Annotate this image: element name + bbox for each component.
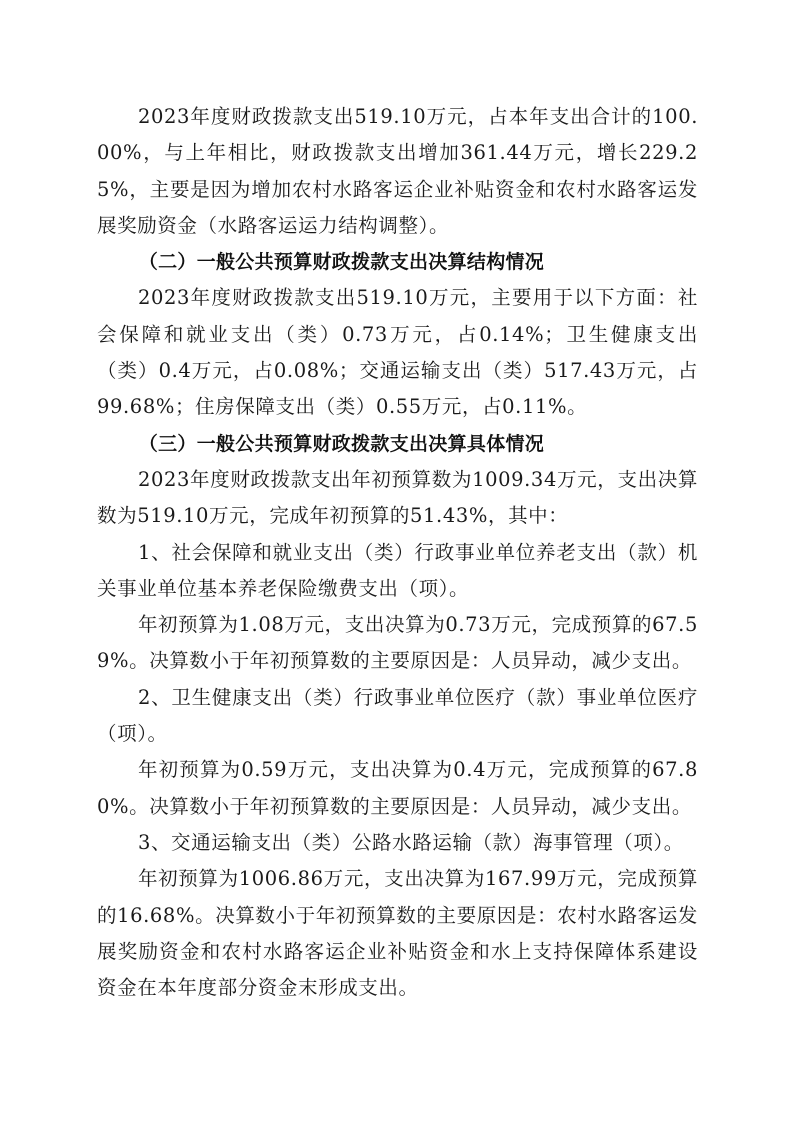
section-heading-details: （三）一般公共预算财政拨款支出决算具体情况: [97, 426, 698, 462]
paragraph-item-1-detail: 年初预算为1.08万元，支出决算为0.73万元，完成预算的67.59%。决算数小…: [97, 607, 698, 680]
paragraph-budget-summary: 2023年度财政拨款支出年初预算数为1009.34万元，支出决算数为519.10…: [97, 462, 698, 535]
paragraph-expenditure-overview: 2023年度财政拨款支出519.10万元，占本年支出合计的100.00%，与上年…: [97, 99, 698, 244]
paragraph-item-3-detail: 年初预算为1006.86万元，支出决算为167.99万元，完成预算的16.68%…: [97, 861, 698, 1006]
section-heading-structure: （二）一般公共预算财政拨款支出决算结构情况: [97, 244, 698, 280]
document-page: 2023年度财政拨款支出519.10万元，占本年支出合计的100.00%，与上年…: [97, 99, 698, 1006]
paragraph-item-3-title: 3、交通运输支出（类）公路水路运输（款）海事管理（项）。: [97, 825, 698, 861]
paragraph-item-1-title: 1、社会保障和就业支出（类）行政事业单位养老支出（款）机关事业单位基本养老保险缴…: [97, 535, 698, 608]
paragraph-item-2-title: 2、卫生健康支出（类）行政事业单位医疗（款）事业单位医疗（项）。: [97, 680, 698, 753]
paragraph-item-2-detail: 年初预算为0.59万元，支出决算为0.4万元，完成预算的67.80%。决算数小于…: [97, 752, 698, 825]
paragraph-expenditure-structure: 2023年度财政拨款支出519.10万元，主要用于以下方面：社会保障和就业支出（…: [97, 280, 698, 425]
